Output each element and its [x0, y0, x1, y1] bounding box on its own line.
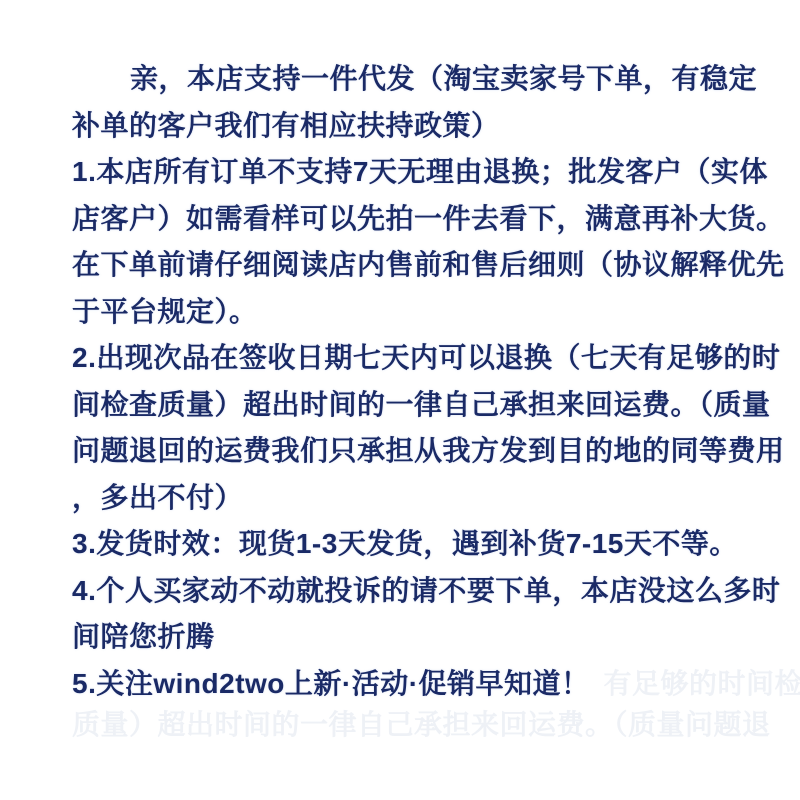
- notice-line: ，多出不付）: [72, 475, 772, 522]
- notice-line: 在下单前请仔细阅读店内售前和售后细则（协议解释优先: [72, 242, 772, 289]
- notice-line: 亲，本店支持一件代发（淘宝卖家号下单，有稳定: [72, 56, 772, 103]
- notice-line: 店客户）如需看样可以先拍一件去看下，满意再补大货。: [72, 196, 772, 243]
- ghost-text-line: 质量）超出时间的一律自己承担来回运费。（质量问题退: [72, 702, 771, 749]
- notice-line: 1.本店所有订单不支持7天无理由退换；批发客户（实体: [72, 149, 772, 196]
- notice-line: 补单的客户我们有相应扶持政策）: [72, 103, 772, 150]
- notice-line: 3.发货时效：现货1-3天发货，遇到补货7-15天不等。: [72, 521, 772, 568]
- notice-line-text: 5.关注wind2two上新·活动·促销早知道！: [72, 668, 590, 699]
- notice-line: 于平台规定）。: [72, 289, 772, 336]
- notice-line: 间陪您折腾: [72, 614, 772, 661]
- notice-line: 问题退回的运费我们只承担从我方发到目的地的同等费用: [72, 428, 772, 475]
- notice-line: 间检查质量）超出时间的一律自己承担来回运费。（质量: [72, 382, 772, 429]
- notice-line: 2.出现次品在签收日期七天内可以退换（七天有足够的时: [72, 335, 772, 382]
- notice-line: 4.个人买家动不动就投诉的请不要下单，本店没这么多时: [72, 568, 772, 615]
- notice-line: 5.关注wind2two上新·活动·促销早知道！有足够的时间检查: [72, 661, 772, 708]
- ghost-text-inline: 有足够的时间检查: [604, 668, 800, 699]
- policy-text-block: 亲，本店支持一件代发（淘宝卖家号下单，有稳定 补单的客户我们有相应扶持政策） 1…: [72, 56, 772, 707]
- store-policy-notice: 亲，本店支持一件代发（淘宝卖家号下单，有稳定 补单的客户我们有相应扶持政策） 1…: [0, 0, 800, 800]
